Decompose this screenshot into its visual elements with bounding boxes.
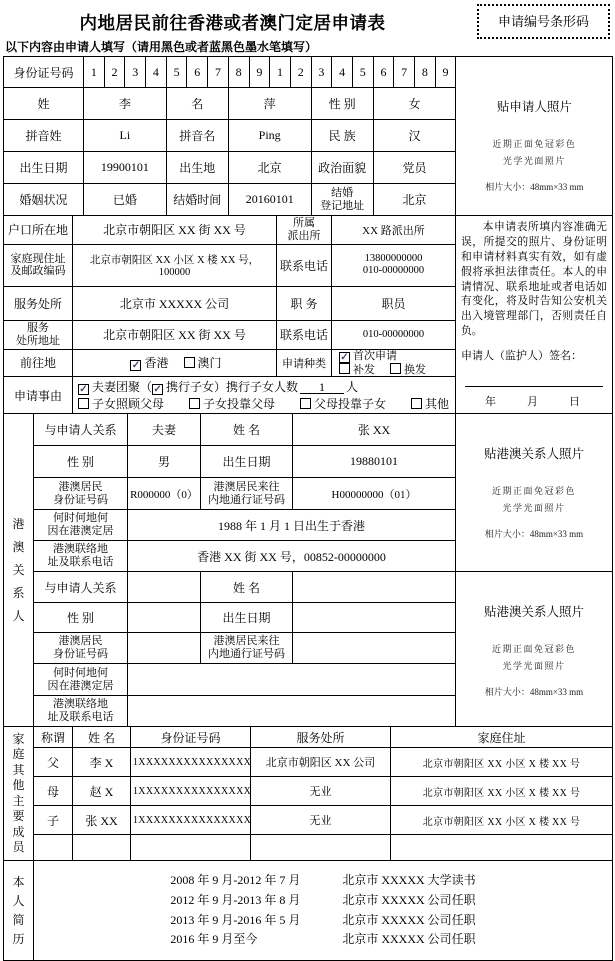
photo-note-line2: 光学光面照片 (502, 501, 565, 514)
pinyin-surname-label: 拼音姓 (4, 120, 84, 152)
gender-value: 女 (373, 88, 456, 120)
checkbox-option[interactable]: ✓首次申请 (339, 350, 397, 362)
relative-id-label: 港澳居民 身份证号码 (34, 478, 128, 510)
family-section-label: 家 庭 其 他 主 要 成 员 (4, 727, 34, 861)
family-row-mother: 母 赵 X 1XXXXXXXXXXXXXXXXX 无业 北京市朝阳区 XX 小区… (4, 777, 613, 806)
surname-value: 李 (84, 88, 167, 120)
relation-label: 与申请人关系 (34, 572, 128, 603)
marriage-time-label: 结婚时间 (166, 184, 228, 216)
checked-checkbox-icon[interactable]: ✓ (130, 360, 141, 371)
relative2-relation-row: 与申请人关系 姓 名 贴港澳关系人照片 近期正面免冠彩色 光学光面照片 相片大小… (4, 572, 613, 603)
relative-id-value: R000000（0） (128, 478, 201, 510)
id-digit-cell: 1 (270, 57, 291, 88)
id-digit-cell: 9 (249, 57, 270, 88)
relative-birth-value: 19880101 (293, 446, 456, 478)
checkbox-label: 其他 (425, 397, 449, 411)
relative-settle-value (128, 664, 456, 696)
relative1-photo-box: 贴港澳关系人照片 近期正面免冠彩色 光学光面照片 相片大小：48mm×33 mm (456, 414, 613, 572)
workplace-label: 服务处所 (4, 286, 73, 320)
checkbox-option[interactable]: 子女照顾父母 (78, 395, 164, 412)
pinyin-given-label: 拼音名 (166, 120, 228, 152)
unchecked-checkbox-icon[interactable] (189, 398, 200, 409)
applicant-photo-box: 贴申请人照片 近期正面免冠彩色 光学光面照片 相片大小：48mm×33 mm (456, 57, 613, 216)
declaration-text: 本申请表所填内容准确无误，所提交的照片、身份证明和申请材料真实有效，如有虚假将承… (461, 220, 607, 339)
duty-value: 职员 (332, 286, 456, 320)
resume-content: 2008 年 9 月-2012 年 7 月北京市 XXXXX 大学读书 2012… (34, 861, 613, 961)
family-col-name: 姓 名 (73, 727, 131, 748)
id-digit-cell: 8 (228, 57, 249, 88)
family-name: 李 X (73, 748, 131, 777)
marriage-registry-value: 北京 (373, 184, 456, 216)
photo-note-line2: 光学光面照片 (503, 154, 566, 167)
id-number-label: 身份证号码 (4, 57, 84, 88)
checkbox-option[interactable]: 换发 (390, 364, 426, 376)
family-title: 母 (34, 777, 73, 806)
app-type-row1: ✓首次申请 (334, 350, 453, 363)
gender-label: 性 别 (311, 88, 373, 120)
checkbox-label: 补发 (353, 364, 375, 376)
application-type-label: 申请种类 (277, 349, 332, 377)
id-digit-cell: 4 (332, 57, 353, 88)
checkbox-label: 子女投靠父母 (203, 397, 275, 411)
signature-date-label: 年 月 日 (461, 393, 607, 409)
photo-size-note: 相片大小：48mm×33 mm (485, 527, 583, 540)
reason-line1: ✓夫妻团聚（✓携行子女）携行子女人数1人 (73, 379, 455, 395)
family-workplace: 无业 (251, 806, 391, 835)
resume-period: 2016 年 9 月至今 (170, 930, 342, 950)
resume-line: 2016 年 9 月至今北京市 XXXXX 公司任职 (170, 930, 475, 950)
checkbox-option[interactable]: 澳门 (184, 356, 222, 370)
family-id: 1XXXXXXXXXXXXXXXXX (131, 806, 251, 835)
photo-note-line1: 近期正面免冠彩色 (492, 137, 576, 150)
fill-instructions: 以下内容由申请人填写（请用黑色或者蓝黑色墨水笔填写） (5, 38, 317, 55)
relation-value (128, 572, 201, 603)
marriage-registry-label: 结婚 登记地址 (311, 184, 373, 216)
relative-permit-value (293, 633, 456, 664)
photo-size-note: 相片大小：48mm×33 mm (485, 180, 583, 193)
id-digit-cell: 9 (435, 57, 456, 88)
family-col-title: 称谓 (34, 727, 73, 748)
photo-note-line2: 光学光面照片 (502, 659, 565, 672)
id-digit-cell: 2 (290, 57, 311, 88)
family-address: 北京市朝阳区 XX 小区 X 楼 XX 号 (391, 806, 613, 835)
id-digit-cell: 6 (373, 57, 394, 88)
relative-contact-label: 港澳联络地 址及联系电话 (34, 696, 128, 727)
checkbox-label: 香港 (144, 356, 168, 370)
pinyin-surname-value: Li (84, 120, 167, 152)
personal-info-table: 身份证号码 1 2 3 4 5 6 7 8 9 1 2 3 4 5 6 7 8 … (3, 56, 613, 216)
birth-place-label: 出生地 (166, 152, 228, 184)
relative1-relation-row: 港 澳 关 系 人 与申请人关系 夫妻 姓 名 张 XX 贴港澳关系人照片 近期… (4, 414, 613, 446)
resume-detail: 北京市 XXXXX 公司任职 (342, 893, 475, 907)
family-name: 张 XX (73, 806, 131, 835)
unchecked-checkbox-icon[interactable] (78, 398, 89, 409)
id-number-row: 身份证号码 1 2 3 4 5 6 7 8 9 1 2 3 4 5 6 7 8 … (4, 57, 613, 88)
resume-section-label: 本 人 简 历 (4, 861, 34, 961)
checked-checkbox-icon[interactable]: ✓ (152, 384, 163, 395)
photo-note-line1: 近期正面免冠彩色 (492, 642, 576, 655)
applicant-photo-title: 贴申请人照片 (497, 97, 572, 115)
relative-name-value: 张 XX (293, 414, 456, 446)
relative-birth-label: 出生日期 (201, 603, 293, 633)
relative2-photo-box: 贴港澳关系人照片 近期正面免冠彩色 光学光面照片 相片大小：48mm×33 mm (456, 572, 613, 727)
relative-birth-value (293, 603, 456, 633)
resume-line: 2013 年 9 月-2016 年 5 月北京市 XXXXX 公司任职 (170, 911, 475, 931)
resume-period: 2013 年 9 月-2016 年 5 月 (170, 911, 342, 931)
checkbox-label: 子女照顾父母 (92, 397, 164, 411)
destination-label: 前往地 (4, 349, 73, 377)
checkbox-option[interactable]: ✓香港 (130, 356, 168, 370)
checked-checkbox-icon[interactable]: ✓ (78, 384, 89, 395)
home-address-label: 家庭现住址 及邮政编码 (4, 244, 73, 286)
unchecked-checkbox-icon[interactable] (339, 363, 350, 374)
relative-permit-label: 港澳居民来往 内地通行证号码 (201, 633, 293, 664)
family-row-empty (4, 835, 613, 861)
family-address: 北京市朝阳区 XX 小区 X 楼 XX 号 (391, 777, 613, 806)
family-col-workplace: 服务处所 (251, 727, 391, 748)
phone2-value: 010-00000000 (332, 320, 456, 349)
given-name-label: 名 (166, 88, 228, 120)
relative-contact-value: 香港 XX 街 XX 号，00852-00000000 (128, 541, 456, 572)
family-row-son: 子 张 XX 1XXXXXXXXXXXXXXXXX 无业 北京市朝阳区 XX 小… (4, 806, 613, 835)
contact-info-table: 户口所在地 北京市朝阳区 XX 街 XX 号 所属 派出所 XX 路派出所 本申… (3, 215, 613, 414)
resume-line: 2008 年 9 月-2012 年 7 月北京市 XXXXX 大学读书 (170, 871, 475, 891)
app-type-row2: 补发换发 (334, 363, 453, 376)
family-row-father: 父 李 X 1XXXXXXXXXXXXXXXXX 北京市朝阳区 XX 公司 北京… (4, 748, 613, 777)
family-col-id: 身份证号码 (131, 727, 251, 748)
id-digit-cell: 5 (166, 57, 187, 88)
relation-label: 与申请人关系 (34, 414, 128, 446)
birth-date-value: 19900101 (84, 152, 167, 184)
workplace-address-value: 北京市朝阳区 XX 街 XX 号 (73, 320, 277, 349)
family-address (391, 835, 613, 861)
birth-date-label: 出生日期 (4, 152, 84, 184)
marriage-time-value: 20160101 (228, 184, 311, 216)
unchecked-checkbox-icon[interactable] (411, 398, 422, 409)
destination-options: ✓香港澳门 (73, 349, 277, 377)
application-form-page: 内地居民前往香港或者澳门定居申请表 申请编号条形码 以下内容由申请人填写（请用黑… (0, 0, 615, 947)
resume-period: 2008 年 9 月-2012 年 7 月 (170, 871, 342, 891)
relative-name-label: 姓 名 (201, 414, 293, 446)
political-status-label: 政治面貌 (311, 152, 373, 184)
barcode-box: 申请编号条形码 (477, 4, 610, 39)
family-workplace (251, 835, 391, 861)
declaration-cell: 本申请表所填内容准确无误，所提交的照片、身份证明和申请材料真实有效，如有虚假将承… (456, 216, 613, 414)
relative-settle-label: 何时何地何 因在港澳定居 (34, 510, 128, 541)
id-digit-cell: 6 (187, 57, 208, 88)
unchecked-checkbox-icon[interactable] (184, 357, 195, 368)
family-id (131, 835, 251, 861)
surname-label: 姓 (4, 88, 84, 120)
resume-detail: 北京市 XXXXX 大学读书 (342, 873, 475, 887)
relative-settle-value: 1988 年 1 月 1 日出生于香港 (128, 510, 456, 541)
relative-gender-label: 性 别 (34, 603, 128, 633)
family-title: 父 (34, 748, 73, 777)
given-name-value: 萍 (228, 88, 311, 120)
reason-part1: 夫妻团聚（ (92, 380, 152, 394)
relative-photo-title: 贴港澳关系人照片 (484, 602, 584, 620)
police-station-label: 所属 派出所 (277, 216, 332, 245)
resume-period: 2012 年 9 月-2013 年 8 月 (170, 891, 342, 911)
birth-place-value: 北京 (228, 152, 311, 184)
unchecked-checkbox-icon[interactable] (390, 363, 401, 374)
family-workplace: 无业 (251, 777, 391, 806)
workplace-value: 北京市 XXXXX 公司 (73, 286, 277, 320)
photo-size-note: 相片大小：48mm×33 mm (485, 685, 583, 698)
relative-contact-label: 港澳联络地 址及联系电话 (34, 541, 128, 572)
children-count-field[interactable]: 1 (300, 381, 344, 394)
reason-options: ✓夫妻团聚（✓携行子女）携行子女人数1人 子女照顾父母子女投靠父母父母投靠子女其… (73, 377, 456, 414)
family-name (73, 835, 131, 861)
form-title: 内地居民前往香港或者澳门定居申请表 (3, 10, 462, 35)
ethnicity-label: 民 族 (311, 120, 373, 152)
application-type-options: ✓首次申请 补发换发 (332, 349, 456, 377)
family-workplace: 北京市朝阳区 XX 公司 (251, 748, 391, 777)
id-digit-cell: 8 (415, 57, 436, 88)
relative-birth-label: 出生日期 (201, 446, 293, 478)
id-digit-cell: 7 (394, 57, 415, 88)
resume-table: 本 人 简 历 2008 年 9 月-2012 年 7 月北京市 XXXXX 大… (3, 860, 613, 961)
resume-detail: 北京市 XXXXX 公司任职 (342, 913, 475, 927)
checkbox-label: 首次申请 (353, 350, 397, 362)
relative-id-value (128, 633, 201, 664)
reason-part3: 人 (346, 380, 358, 394)
relative-gender-value (128, 603, 201, 633)
family-col-address: 家庭住址 (391, 727, 613, 748)
relative-permit-label: 港澳居民来往 内地通行证号码 (201, 478, 293, 510)
relative-settle-label: 何时何地何 因在港澳定居 (34, 664, 128, 696)
marital-status-label: 婚姻状况 (4, 184, 84, 216)
phone2-label: 联系电话 (277, 320, 332, 349)
reason-part2: 携行子女）携行子女人数 (166, 380, 298, 394)
photo-note-line1: 近期正面免冠彩色 (492, 484, 576, 497)
id-digit-cell: 2 (104, 57, 125, 88)
family-title: 子 (34, 806, 73, 835)
hukou-label: 户口所在地 (4, 216, 73, 245)
hukou-row: 户口所在地 北京市朝阳区 XX 街 XX 号 所属 派出所 XX 路派出所 本申… (4, 216, 613, 245)
family-address: 北京市朝阳区 XX 小区 X 楼 XX 号 (391, 748, 613, 777)
checkbox-option[interactable]: 补发 (339, 364, 375, 376)
family-id: 1XXXXXXXXXXXXXXXXX (131, 748, 251, 777)
form-header: 内地居民前往香港或者澳门定居申请表 申请编号条形码 以下内容由申请人填写（请用黑… (3, 2, 612, 56)
unchecked-checkbox-icon[interactable] (300, 398, 311, 409)
checkbox-option[interactable]: 子女投靠父母 (189, 395, 275, 412)
resume-line: 2012 年 9 月-2013 年 8 月北京市 XXXXX 公司任职 (170, 891, 475, 911)
family-title (34, 835, 73, 861)
relative-gender-value: 男 (128, 446, 201, 478)
pinyin-given-value: Ping (228, 120, 311, 152)
relative-id-label: 港澳居民 身份证号码 (34, 633, 128, 664)
relatives-table: 港 澳 关 系 人 与申请人关系 夫妻 姓 名 张 XX 贴港澳关系人照片 近期… (3, 413, 613, 727)
id-digit-cell: 1 (84, 57, 105, 88)
police-station-value: XX 路派出所 (332, 216, 456, 245)
resume-row: 本 人 简 历 2008 年 9 月-2012 年 7 月北京市 XXXXX 大… (4, 861, 613, 961)
checkbox-option[interactable]: 其他 (411, 395, 449, 412)
marital-status-value: 已婚 (84, 184, 167, 216)
checkbox-label: 澳门 (198, 356, 222, 370)
reason-label: 申请事由 (4, 377, 73, 414)
relatives-section-label: 港 澳 关 系 人 (4, 414, 34, 727)
phone1-value: 13800000000 010-00000000 (332, 244, 456, 286)
political-status-value: 党员 (373, 152, 456, 184)
resume-detail: 北京市 XXXXX 公司任职 (342, 932, 475, 946)
relative-name-value (293, 572, 456, 603)
home-address-value: 北京市朝阳区 XX 小区 X 楼 XX 号，100000 (73, 244, 277, 286)
id-digit-cell: 7 (208, 57, 229, 88)
phone1-label: 联系电话 (277, 244, 332, 286)
signature-label: 申请人（监护人）签名： (461, 347, 607, 363)
checkbox-option[interactable]: 父母投靠子女 (300, 395, 386, 412)
checkbox-label: 换发 (404, 364, 426, 376)
family-members-table: 家 庭 其 他 主 要 成 员 称谓 姓 名 身份证号码 服务处所 家庭住址 父… (3, 726, 613, 861)
signature-line[interactable] (465, 363, 602, 387)
id-digit-cell: 3 (125, 57, 146, 88)
relative-permit-value: H00000000（01） (293, 478, 456, 510)
duty-label: 职 务 (277, 286, 332, 320)
ethnicity-value: 汉 (373, 120, 456, 152)
family-name: 赵 X (73, 777, 131, 806)
relation-value: 夫妻 (128, 414, 201, 446)
workplace-address-label: 服务 处所地址 (4, 320, 73, 349)
id-digit-cell: 5 (352, 57, 373, 88)
hukou-value: 北京市朝阳区 XX 街 XX 号 (73, 216, 277, 245)
id-digit-cell: 4 (146, 57, 167, 88)
reason-line2: 子女照顾父母子女投靠父母父母投靠子女其他 (73, 395, 455, 412)
family-id: 1XXXXXXXXXXXXXXXXX (131, 777, 251, 806)
relative-gender-label: 性 别 (34, 446, 128, 478)
family-header-row: 家 庭 其 他 主 要 成 员 称谓 姓 名 身份证号码 服务处所 家庭住址 (4, 727, 613, 748)
checked-checkbox-icon[interactable]: ✓ (339, 352, 350, 363)
checkbox-label: 父母投靠子女 (314, 397, 386, 411)
relative-name-label: 姓 名 (201, 572, 293, 603)
relative-photo-title: 贴港澳关系人照片 (484, 444, 584, 462)
relative-contact-value (128, 696, 456, 727)
id-digit-cell: 3 (311, 57, 332, 88)
